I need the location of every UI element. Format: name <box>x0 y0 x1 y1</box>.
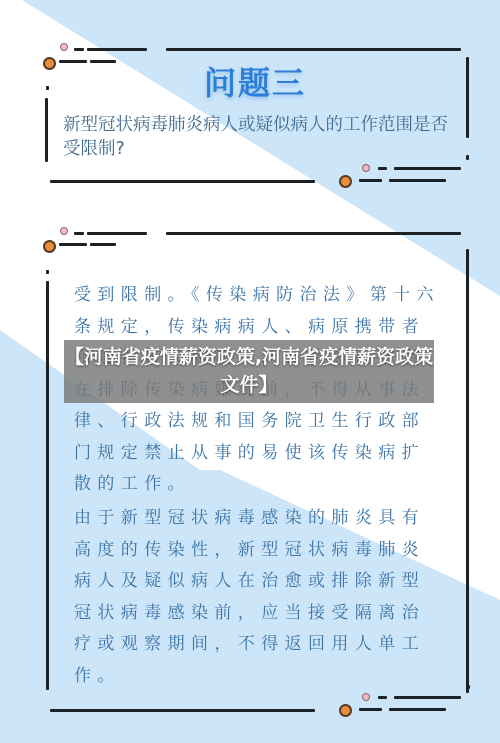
frame-line <box>74 48 84 51</box>
orange-dot-icon <box>43 240 56 253</box>
frame-line <box>90 243 116 246</box>
pink-dot-icon <box>362 164 370 172</box>
frame-line <box>389 708 446 711</box>
frame-line <box>467 685 470 689</box>
frame-line <box>90 60 116 63</box>
frame-line <box>74 232 84 235</box>
frame-line <box>87 48 147 51</box>
frame-line <box>46 270 49 274</box>
pink-dot-icon <box>362 693 370 701</box>
frame-line <box>389 179 446 182</box>
frame-line <box>166 48 461 51</box>
frame-line <box>50 709 315 712</box>
frame-line <box>46 86 49 90</box>
frame-line <box>59 243 87 246</box>
frame-line <box>359 708 382 711</box>
card1-title: 问题三 <box>180 58 330 104</box>
orange-dot-icon <box>43 57 56 70</box>
frame-line <box>378 696 387 699</box>
card2-paragraph-2: 由于新型冠状病毒感染的肺炎具有高度的传染性，新型冠状病毒肺炎病人及疑似病人在治愈… <box>74 503 446 692</box>
frame-line <box>50 180 315 183</box>
pink-dot-icon <box>60 43 68 51</box>
frame-line <box>394 696 461 699</box>
frame-line <box>59 60 87 63</box>
frame-line <box>466 249 469 693</box>
frame-line <box>45 98 48 162</box>
frame-line <box>87 232 147 235</box>
frame-line <box>394 167 461 170</box>
frame-line <box>46 281 49 690</box>
frame-line <box>378 167 387 170</box>
pink-dot-icon <box>60 227 68 235</box>
frame-line <box>466 155 469 160</box>
frame-line <box>359 179 382 182</box>
frame-line <box>466 57 469 138</box>
headline-text[interactable]: 【河南省疫情薪资政策,河南省疫情薪资政策文件】 <box>64 343 434 399</box>
orange-dot-icon <box>339 175 352 188</box>
orange-dot-icon <box>339 704 352 717</box>
frame-line <box>166 232 461 235</box>
card1-question: 新型冠状病毒肺炎病人或疑似病人的工作范围是否受限制? <box>63 113 463 161</box>
